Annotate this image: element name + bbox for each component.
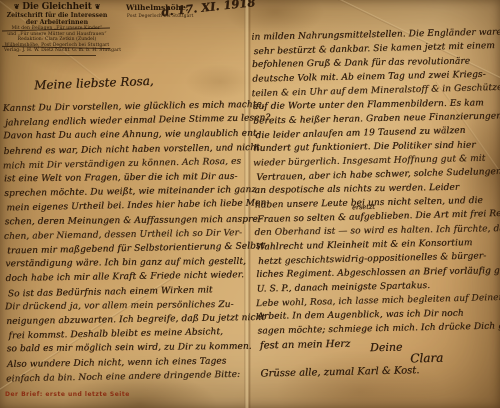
handwriting-line: ist eine Welt von Fragen, über die ich m… (4, 170, 244, 187)
valediction: Deine (370, 341, 403, 355)
photo-caption: Der Brief: erste und letzte Seite (5, 391, 130, 398)
letterhead-subtitle-line: Zeitschrift für die Interessen (4, 12, 110, 19)
handwriting-line: Dir drückend ja, vor allem mein persönli… (5, 298, 246, 315)
letterhead-rule (18, 55, 96, 56)
handwriting-line: verständigung wäre. Ich bin ganz auf mic… (5, 255, 245, 272)
salutation: Meine liebste Rosa, (34, 74, 154, 93)
postscript: Grüsse alle, zumal Karl & Kost. (260, 365, 419, 379)
letterhead-subtitle: Zeitschrift für die Interessender Arbeit… (4, 12, 110, 26)
letter-photo: ❦ Die Gleichheit ❦ Zeitschrift für die I… (0, 0, 500, 408)
letter-paper: ❦ Die Gleichheit ❦ Zeitschrift für die I… (0, 0, 500, 408)
closing-line: fest an mein Herz (260, 339, 351, 352)
fleuron-icon: ❦ (14, 2, 20, 11)
letter-page1-column: Kannst Du Dir vorstellen, wie glücklich … (3, 98, 247, 386)
page2-lines: in milden Nahrungsmittelstellen. Die Eng… (251, 25, 500, 338)
letter-page2-column: in milden Nahrungsmittelstellen. Die Eng… (251, 25, 500, 388)
handwritten-date: d. 17. XI. 1918 (161, 0, 256, 19)
closing-block: fest an mein Herz Deine Clara Grüsse all… (258, 333, 500, 388)
letterhead-title-row: ❦ Die Gleichheit ❦ (4, 2, 110, 12)
fleuron-icon: ❦ (95, 2, 101, 11)
letterhead-small-line: Verlag: J. H. W. Dietz Nachf. G. m. b. H… (4, 48, 110, 54)
letterhead-subtitle-line: der Arbeiterinnen (4, 19, 110, 26)
page1-lines: Kannst Du Dir vorstellen, wie glücklich … (3, 98, 247, 386)
letterhead-title: Die Gleichheit (22, 2, 91, 12)
signature: Clara (410, 351, 443, 366)
letterhead: ❦ Die Gleichheit ❦ Zeitschrift für die I… (4, 2, 110, 57)
letterhead-small-line: Redaktion: Clara Zetkin (Zundel) (4, 37, 110, 43)
